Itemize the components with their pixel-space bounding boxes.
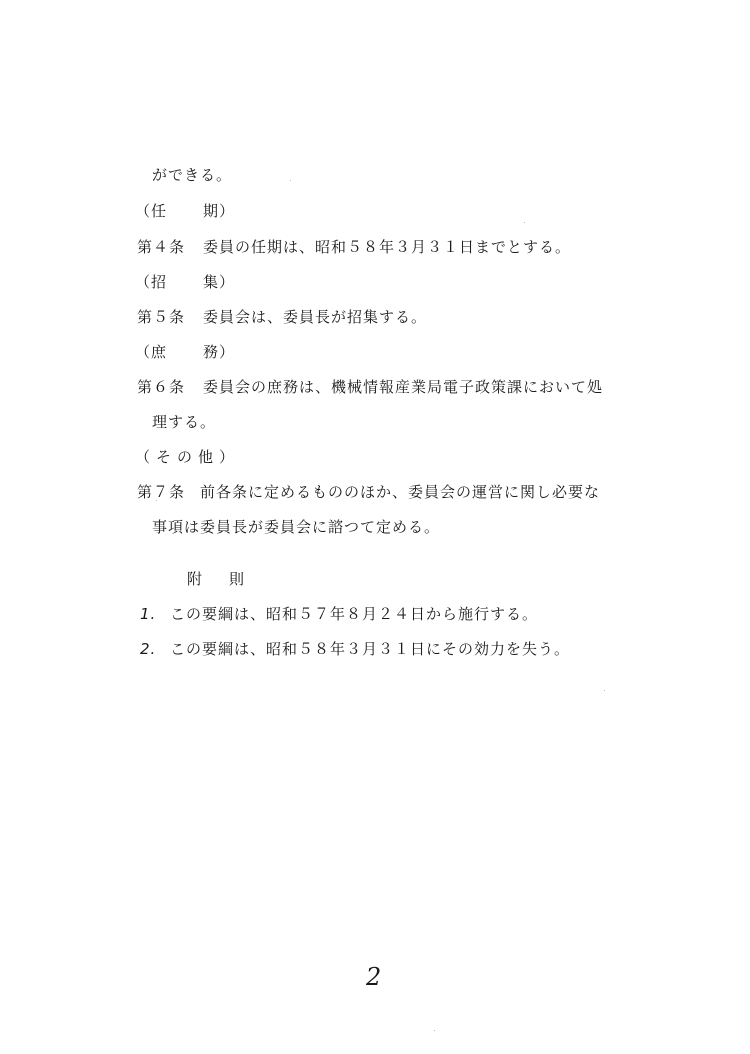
article-7-text-cont: 事項は委員長が委員会に諮つて定める。	[152, 518, 440, 536]
scan-speck	[290, 180, 291, 181]
article-5-number: 第５条	[137, 308, 185, 326]
heading-term-open: （任	[135, 202, 167, 220]
scan-speck	[434, 1030, 435, 1031]
scan-speck	[524, 222, 525, 223]
scan-speck	[156, 500, 157, 501]
article-5-text: 委員会は、委員長が招集する。	[203, 308, 427, 326]
supplementary-2-text: この要綱は、昭和５８年３月３１日にその効力を失う。	[170, 640, 570, 658]
supplementary-provisions-title: 附 則	[187, 570, 250, 588]
supplementary-2-number: 2.	[140, 640, 156, 658]
heading-convene-close: 集）	[203, 273, 235, 291]
heading-affairs-close: 務）	[203, 343, 235, 361]
supplementary-1-text: この要綱は、昭和５７年８月２４日から施行する。	[170, 605, 538, 623]
scan-speck	[604, 690, 605, 691]
heading-term-close: 期）	[203, 202, 235, 220]
heading-convene-open: （招	[135, 273, 167, 291]
article-7-text: 前各条に定めるもののほか、委員会の運営に関し必要な	[200, 483, 600, 501]
continuation-text: ができる。	[152, 166, 232, 184]
article-6-number: 第６条	[137, 378, 185, 396]
page-number: 2	[366, 963, 381, 991]
article-6-text-cont: 理する。	[152, 413, 216, 431]
article-4-text: 委員の任期は、昭和５８年３月３１日までとする。	[203, 238, 571, 256]
heading-other: （その他）	[135, 448, 240, 466]
supplementary-1-number: 1.	[140, 605, 156, 623]
article-7-number: 第７条	[137, 483, 185, 501]
article-4-number: 第４条	[137, 238, 185, 256]
heading-affairs-open: （庶	[135, 343, 167, 361]
article-6-text: 委員会の庶務は、機械情報産業局電子政策課において処	[203, 378, 603, 396]
